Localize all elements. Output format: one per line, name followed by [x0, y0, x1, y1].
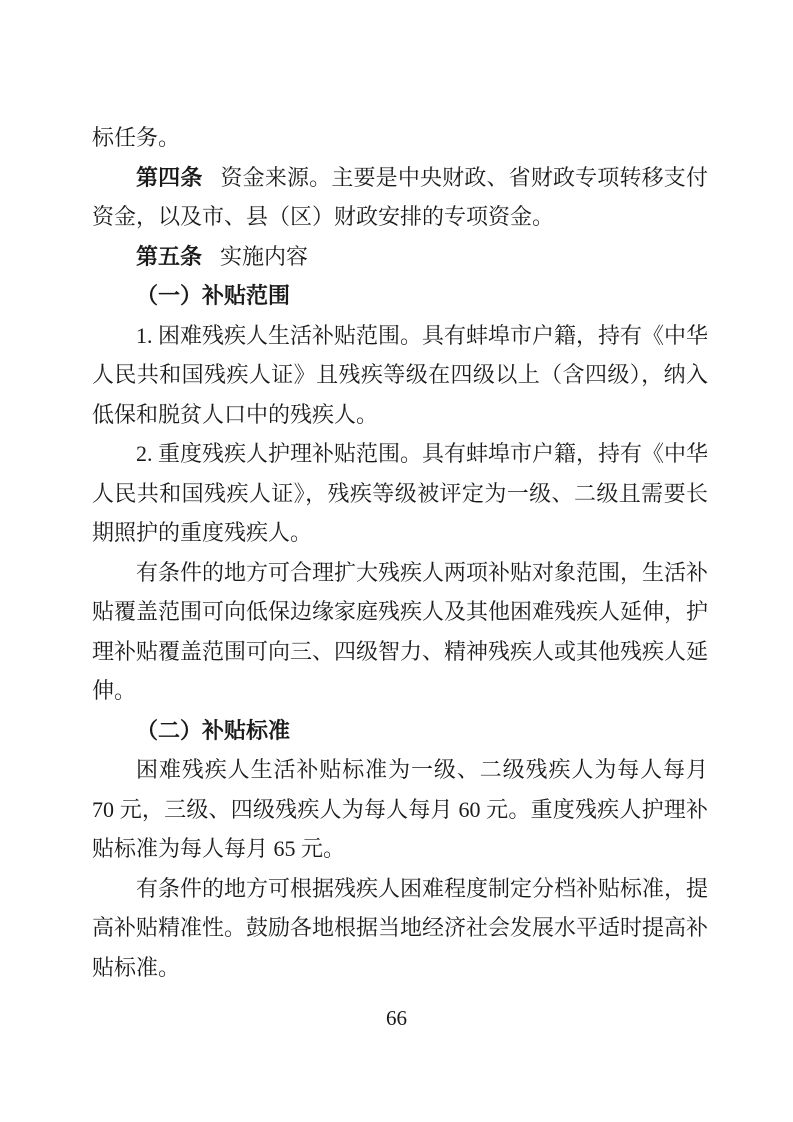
bold-heading-run: （二）补贴标准 [136, 718, 290, 743]
text-run: 有条件的地方可合理扩大残疾人两项补贴对象范围，生活补贴覆盖范围可向低保边缘家庭残… [92, 560, 708, 704]
text-run: 1. 困难残疾人生活补贴范围。具有蚌埠市户籍，持有《中华人民共和国残疾人证》且残… [92, 323, 708, 427]
para-item-2-nursing-subsidy-scope: 2. 重度残疾人护理补贴范围。具有蚌埠市户籍，持有《中华人民共和国残疾人证》，残… [92, 434, 708, 553]
text-run: 标任务。 [92, 125, 180, 150]
para-article-4-funding-source: 第四条资金来源。主要是中央财政、省财政专项转移支付资金，以及市、县（区）财政安排… [92, 158, 708, 237]
para-item-1-living-subsidy-scope: 1. 困难残疾人生活补贴范围。具有蚌埠市户籍，持有《中华人民共和国残疾人证》且残… [92, 316, 708, 435]
heading-subsidy-scope: （一）补贴范围 [92, 276, 708, 316]
text-run: 实施内容 [220, 244, 308, 269]
text-run: 2. 重度残疾人护理补贴范围。具有蚌埠市户籍，持有《中华人民共和国残疾人证》，残… [92, 441, 708, 545]
bold-heading-run: 第五条 [136, 244, 202, 269]
document-body: 标任务。第四条资金来源。主要是中央财政、省财政专项转移支付资金，以及市、县（区）… [92, 118, 708, 987]
page-number: 66 [0, 1003, 793, 1033]
para-scope-expansion: 有条件的地方可合理扩大残疾人两项补贴对象范围，生活补贴覆盖范围可向低保边缘家庭残… [92, 553, 708, 711]
para-article-5-implementation: 第五条实施内容 [92, 237, 708, 277]
para-standard-amounts: 困难残疾人生活补贴标准为一级、二级残疾人为每人每月 70 元，三级、四级残疾人为… [92, 750, 708, 869]
bold-heading-run: （一）补贴范围 [136, 283, 290, 308]
heading-subsidy-standard: （二）补贴标准 [92, 711, 708, 751]
text-run: 困难残疾人生活补贴标准为一级、二级残疾人为每人每月 70 元，三级、四级残疾人为… [92, 757, 708, 861]
text-run: 有条件的地方可根据残疾人困难程度制定分档补贴标准，提高补贴精准性。鼓励各地根据当… [92, 876, 708, 980]
para-continuation: 标任务。 [92, 118, 708, 158]
bold-heading-run: 第四条 [136, 165, 203, 190]
document-page: 标任务。第四条资金来源。主要是中央财政、省财政专项转移支付资金，以及市、县（区）… [0, 0, 793, 1122]
para-standard-adjustment: 有条件的地方可根据残疾人困难程度制定分档补贴标准，提高补贴精准性。鼓励各地根据当… [92, 869, 708, 988]
